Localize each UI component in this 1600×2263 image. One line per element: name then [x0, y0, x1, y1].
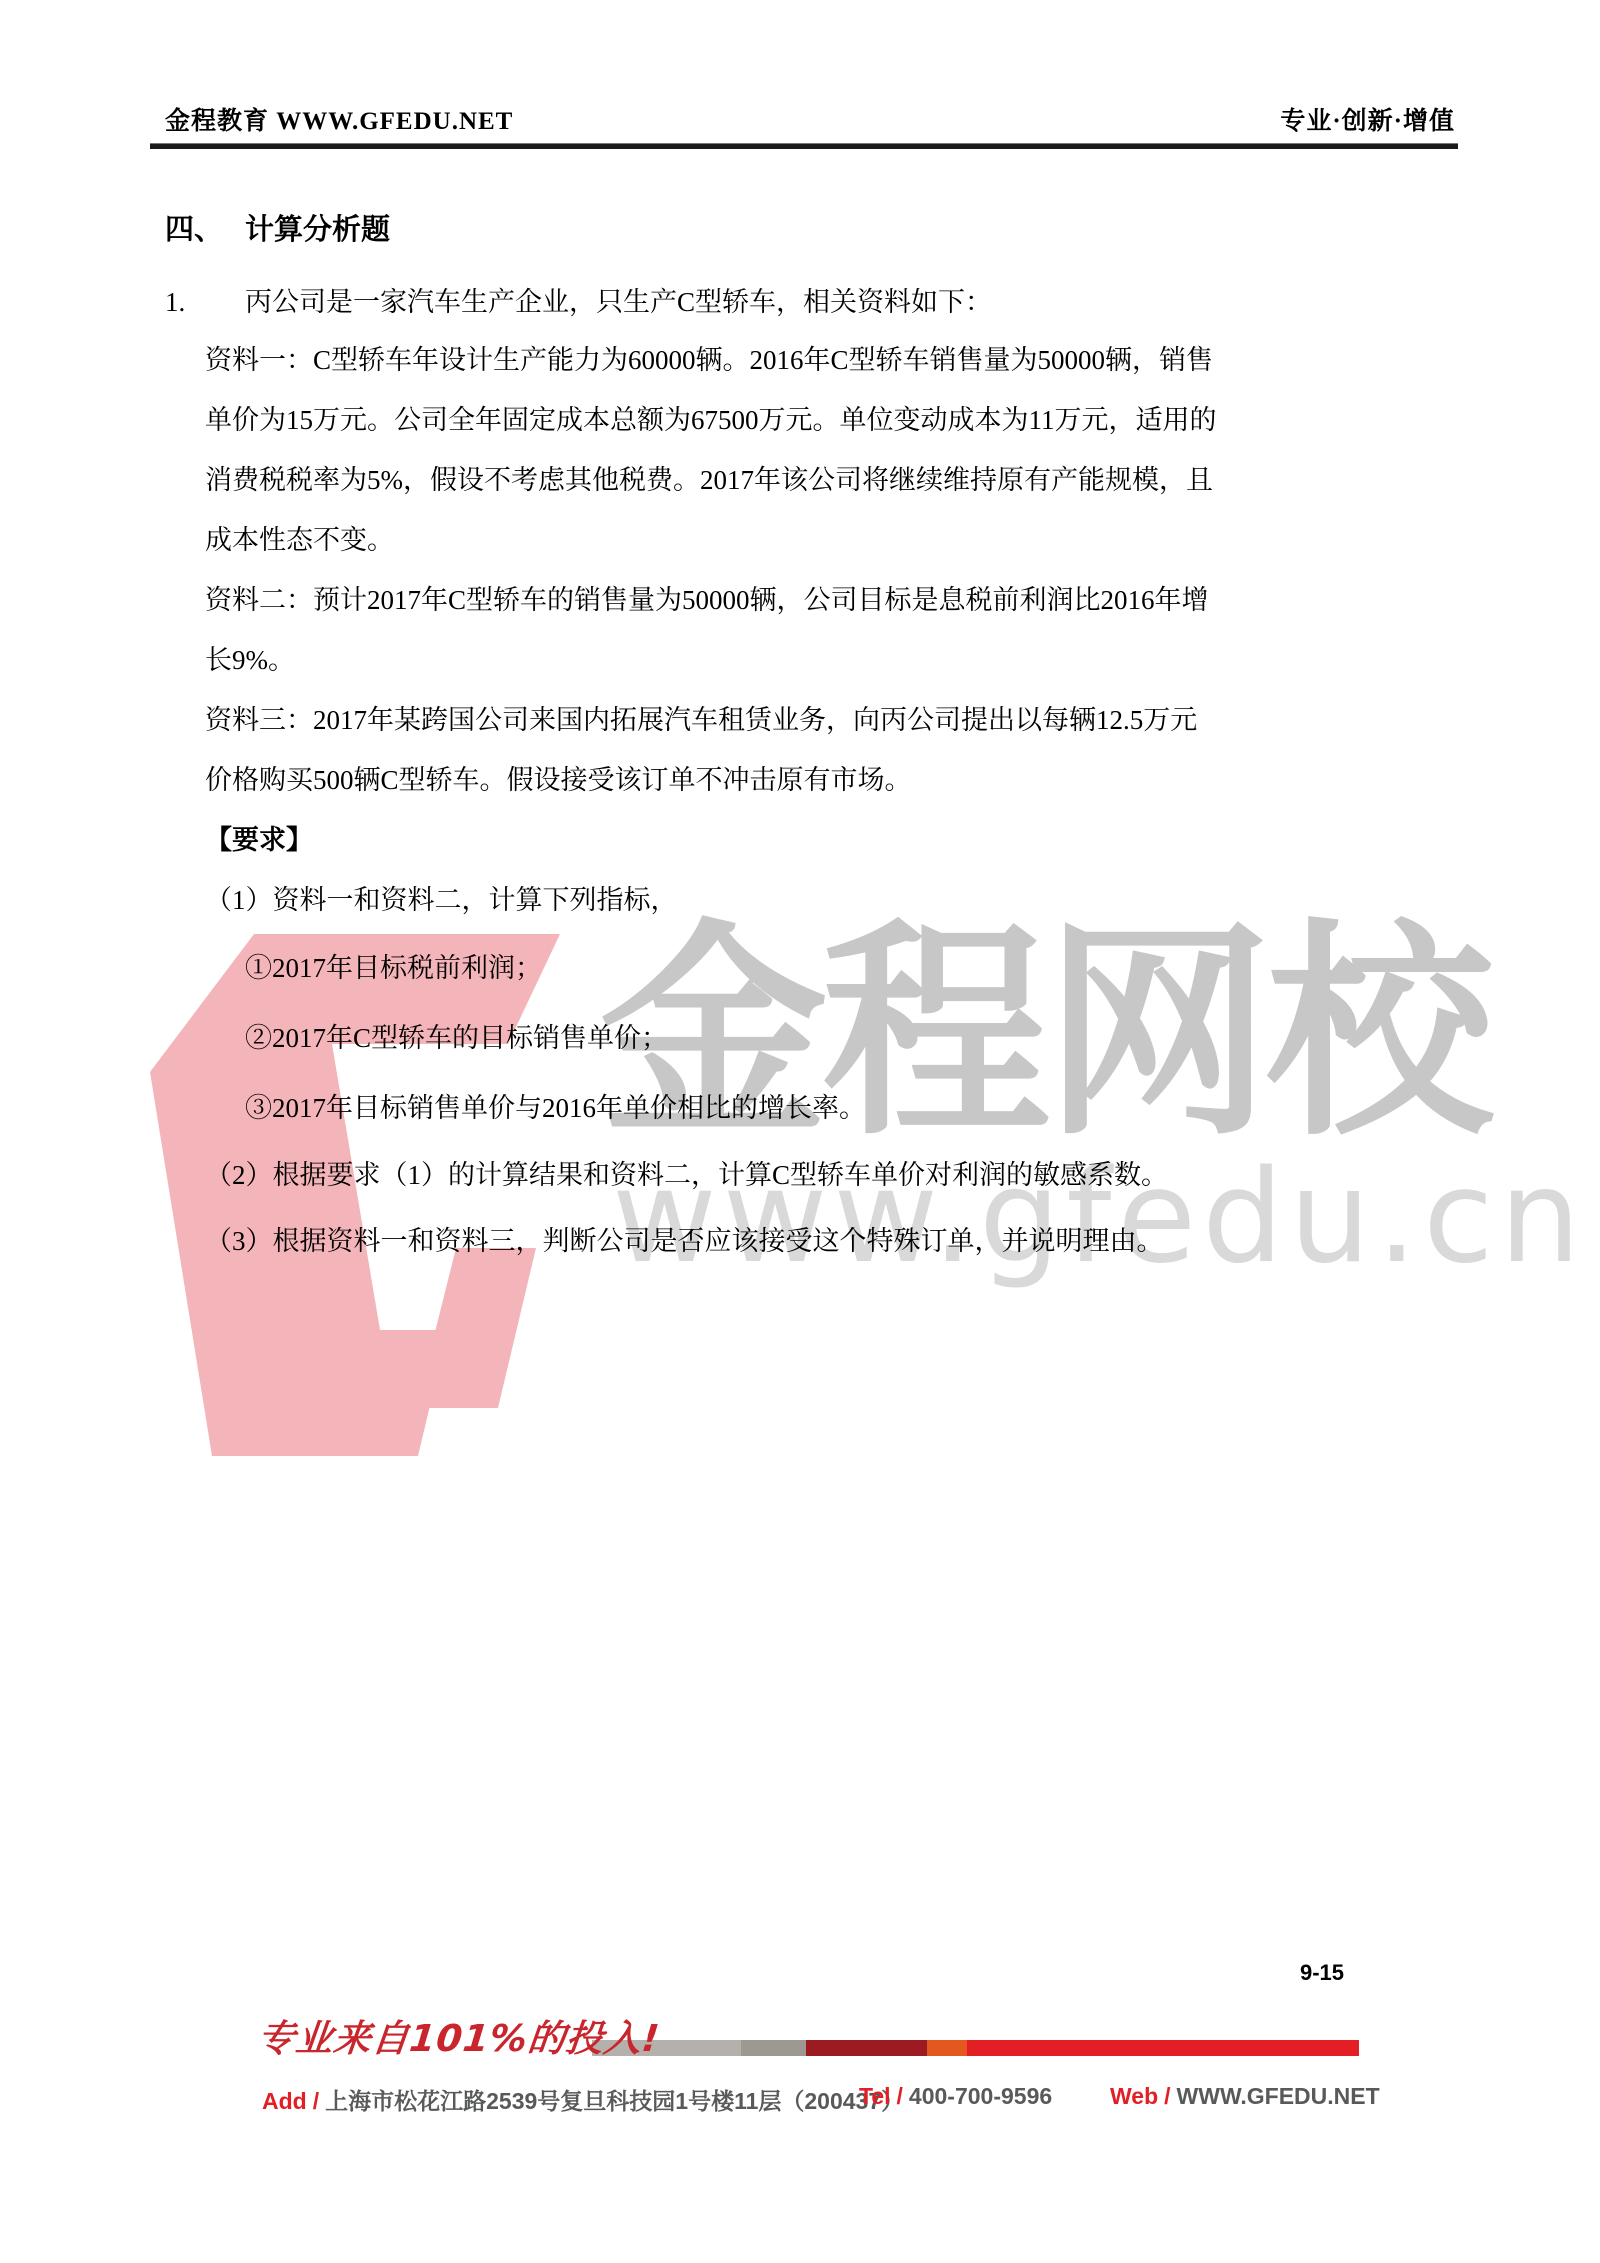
- requirement-1: （1）资料一和资料二，计算下列指标，: [205, 880, 678, 920]
- footer-web-label: Web: [1110, 2083, 1158, 2109]
- material1-line-4: 成本性态不变。: [205, 520, 394, 560]
- footer-tel-divider: /: [891, 2083, 909, 2109]
- requirement-1-item-1: ①2017年目标税前利润；: [245, 948, 542, 988]
- question-content: 四、计算分析题 1.丙公司是一家汽车生产企业，只生产C型轿车，相关资料如下： 资…: [0, 0, 1600, 2263]
- material2-line-2: 长9%。: [205, 640, 295, 680]
- section-number: 四、: [165, 210, 245, 250]
- material2-line-1: 资料二：预计2017年C型轿车的销售量为50000辆，公司目标是息税前利润比20…: [205, 580, 1209, 620]
- footer-address-text: 上海市松花江路2539号复旦科技园1号楼11层（200437）: [325, 2088, 904, 2114]
- footer-address-line: Add/上海市松花江路2539号复旦科技园1号楼11层（200437）: [262, 2083, 904, 2116]
- requirement-1-item-2: ②2017年C型轿车的目标销售单价；: [245, 1018, 668, 1058]
- footer-tel-number: 400-700-9596: [909, 2083, 1052, 2109]
- question-number: 1.: [165, 282, 245, 322]
- footer-slogan: 专业来自101%的投入!: [255, 2008, 663, 2062]
- material3-line-2: 价格购买500辆C型轿车。假设接受该订单不冲击原有市场。: [205, 760, 912, 800]
- material3-line-1: 资料三：2017年某跨国公司来国内拓展汽车租赁业务，向丙公司提出以每辆12.5万…: [205, 700, 1197, 740]
- footer-tel-line: Tel/400-700-9596: [859, 2083, 1052, 2110]
- question-intro-line: 1.丙公司是一家汽车生产企业，只生产C型轿车，相关资料如下：: [165, 282, 992, 322]
- footer-web-divider: /: [1158, 2083, 1176, 2109]
- question-intro-text: 丙公司是一家汽车生产企业，只生产C型轿车，相关资料如下：: [245, 287, 992, 317]
- footer-address-label: Add: [262, 2088, 307, 2114]
- footer-web-url: WWW.GFEDU.NET: [1177, 2083, 1380, 2109]
- document-page: 金程教育 WWW.GFEDU.NET 专业·创新·增值 金程网校 www.gfe…: [0, 0, 1600, 2263]
- footer-address-divider: /: [307, 2088, 325, 2114]
- footer-tel-label: Tel: [859, 2083, 891, 2109]
- page-number: 9-15: [1300, 1960, 1344, 1986]
- footer-web-line: Web/WWW.GFEDU.NET: [1110, 2083, 1380, 2110]
- requirement-2: （2）根据要求（1）的计算结果和资料二，计算C型轿车单价对利润的敏感系数。: [205, 1155, 1168, 1195]
- section-title: 四、计算分析题: [165, 210, 390, 250]
- requirement-1-item-3: ③2017年目标销售单价与2016年单价相比的增长率。: [245, 1088, 866, 1128]
- material1-line-1: 资料一：C型轿车年设计生产能力为60000辆。2016年C型轿车销售量为5000…: [205, 340, 1213, 380]
- requirements-label: 【要求】: [205, 820, 313, 860]
- material1-line-2: 单价为15万元。公司全年固定成本总额为67500万元。单位变动成本为11万元，适…: [205, 400, 1217, 440]
- requirement-3: （3）根据资料一和资料三，判断公司是否应该接受这个特殊订单，并说明理由。: [205, 1221, 1164, 1261]
- material1-line-3: 消费税税率为5%，假设不考虑其他税费。2017年该公司将继续维持原有产能规模，且: [205, 460, 1213, 500]
- section-title-text: 计算分析题: [245, 214, 390, 246]
